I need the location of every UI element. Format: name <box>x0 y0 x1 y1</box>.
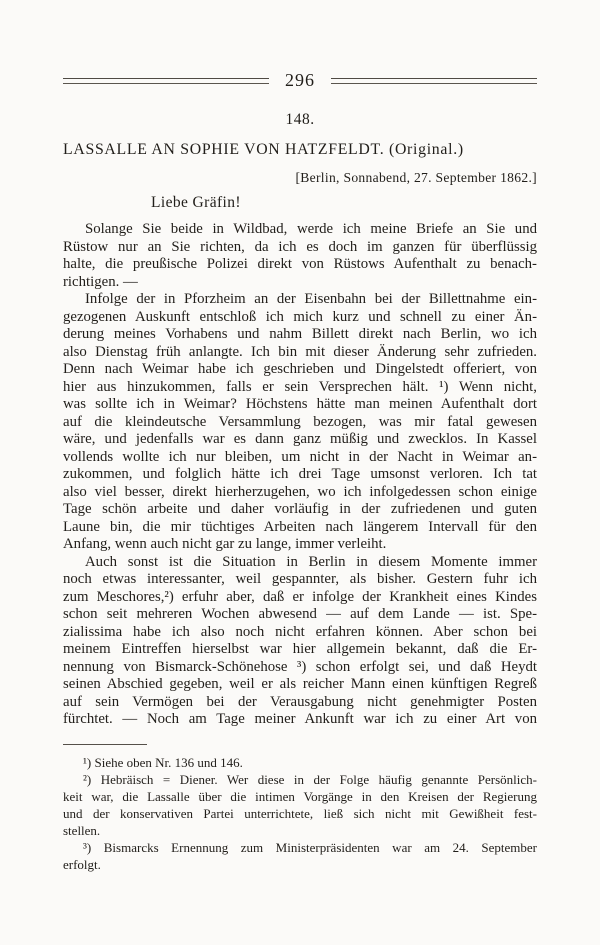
text-line: Anfang, wenn auch nicht gar zu lange, im… <box>63 536 537 554</box>
text-line: vollends wollte ich nur bleiben, um nich… <box>63 449 537 467</box>
text-line: zialissima habe ich also noch nicht erfa… <box>63 624 537 642</box>
text-line: richtigen. — <box>63 274 537 292</box>
text-line: Tage schön arbeite und daher vorläufig i… <box>63 501 537 519</box>
paragraph: Auch sonst ist die Situation in Berlin i… <box>63 554 537 729</box>
text-line: was sollte ich in Weimar? Höchstens hätt… <box>63 396 537 414</box>
text-line: Auch sonst ist die Situation in Berlin i… <box>63 554 537 572</box>
text-line: keit war, die Lassalle über die intimen … <box>63 788 537 805</box>
text-line: zukommen, und folglich hätte ich drei Ta… <box>63 466 537 484</box>
text-line: Infolge der in Pforzheim an der Eisenbah… <box>63 291 537 309</box>
paragraph: Infolge der in Pforzheim an der Eisenbah… <box>63 291 537 554</box>
text-line: seinen Abschied gegeben, weil er als rei… <box>63 676 537 694</box>
salutation: Liebe Gräfin! <box>63 194 537 212</box>
text-line: erfolgt. <box>63 856 537 873</box>
footnote: ²) Hebräisch = Diener. Wer diese in der … <box>63 771 537 839</box>
text-line: Solange Sie beide in Wildbad, werde ich … <box>63 221 537 239</box>
header-rule-left <box>63 78 269 84</box>
text-line: also viel besser, direkt hierherzugehen,… <box>63 484 537 502</box>
text-line: wäre, und jedenfalls war es dann ganz mü… <box>63 431 537 449</box>
text-line: Denn nach Weimar habe ich geschrieben un… <box>63 361 537 379</box>
text-line: derung meines Vorhabens und nahm Billett… <box>63 326 537 344</box>
footnotes: ¹) Siehe oben Nr. 136 und 146.²) Hebräis… <box>63 754 537 873</box>
letter-body: Solange Sie beide in Wildbad, werde ich … <box>63 221 537 729</box>
footnote: ¹) Siehe oben Nr. 136 und 146. <box>63 754 537 771</box>
text-line: ³) Bismarcks Ernennung zum Ministerpräsi… <box>63 839 537 856</box>
text-line: meinem Eintreffen hierselbst war hier al… <box>63 641 537 659</box>
text-line: hier aus hinzukommen, falls er sein Vers… <box>63 379 537 397</box>
letter-title: LASSALLE AN SOPHIE VON HATZFELDT. (Origi… <box>63 141 537 159</box>
text-line: gezogenen Auskunft entschloß ich mich ku… <box>63 309 537 327</box>
book-page: 296 148. LASSALLE AN SOPHIE VON HATZFELD… <box>0 0 600 945</box>
text-line: ¹) Siehe oben Nr. 136 und 146. <box>63 754 537 771</box>
text-line: Laune bin, die mir tüchtiges Arbeiten na… <box>63 519 537 537</box>
text-line: halte, die preußische Polizei direkt von… <box>63 256 537 274</box>
letter-number: 148. <box>63 111 537 129</box>
text-line: auf die kleindeutsche Versammlung bezoge… <box>63 414 537 432</box>
text-line: und der konservativen Partei unterrichte… <box>63 805 537 822</box>
text-line: auf sein Vermögen bei der Verausgabung n… <box>63 694 537 712</box>
text-line: Rüstow nur an Sie richten, da ich es doc… <box>63 239 537 257</box>
dateline: [Berlin, Sonnabend, 27. September 1862.] <box>63 170 537 186</box>
text-line: noch etwas interessanter, weil gespannte… <box>63 571 537 589</box>
text-line: fürchtet. — Noch am Tage meiner Ankunft … <box>63 711 537 729</box>
text-line: stellen. <box>63 822 537 839</box>
footnote: ³) Bismarcks Ernennung zum Ministerpräsi… <box>63 839 537 873</box>
footnote-separator <box>63 744 147 745</box>
text-line: ²) Hebräisch = Diener. Wer diese in der … <box>63 771 537 788</box>
text-line: schon seit mehreren Wochen abwesend — au… <box>63 606 537 624</box>
header-rule-right <box>331 78 537 84</box>
text-line: also Dienstag früh anlangte. Ich bin mit… <box>63 344 537 362</box>
page-header: 296 <box>63 72 537 90</box>
text-line: zum Meschores,²) erfuhr aber, daß er inf… <box>63 589 537 607</box>
page-number: 296 <box>285 71 315 89</box>
text-line: nennung von Bismarck-Schönehose ³) schon… <box>63 659 537 677</box>
paragraph: Solange Sie beide in Wildbad, werde ich … <box>63 221 537 291</box>
